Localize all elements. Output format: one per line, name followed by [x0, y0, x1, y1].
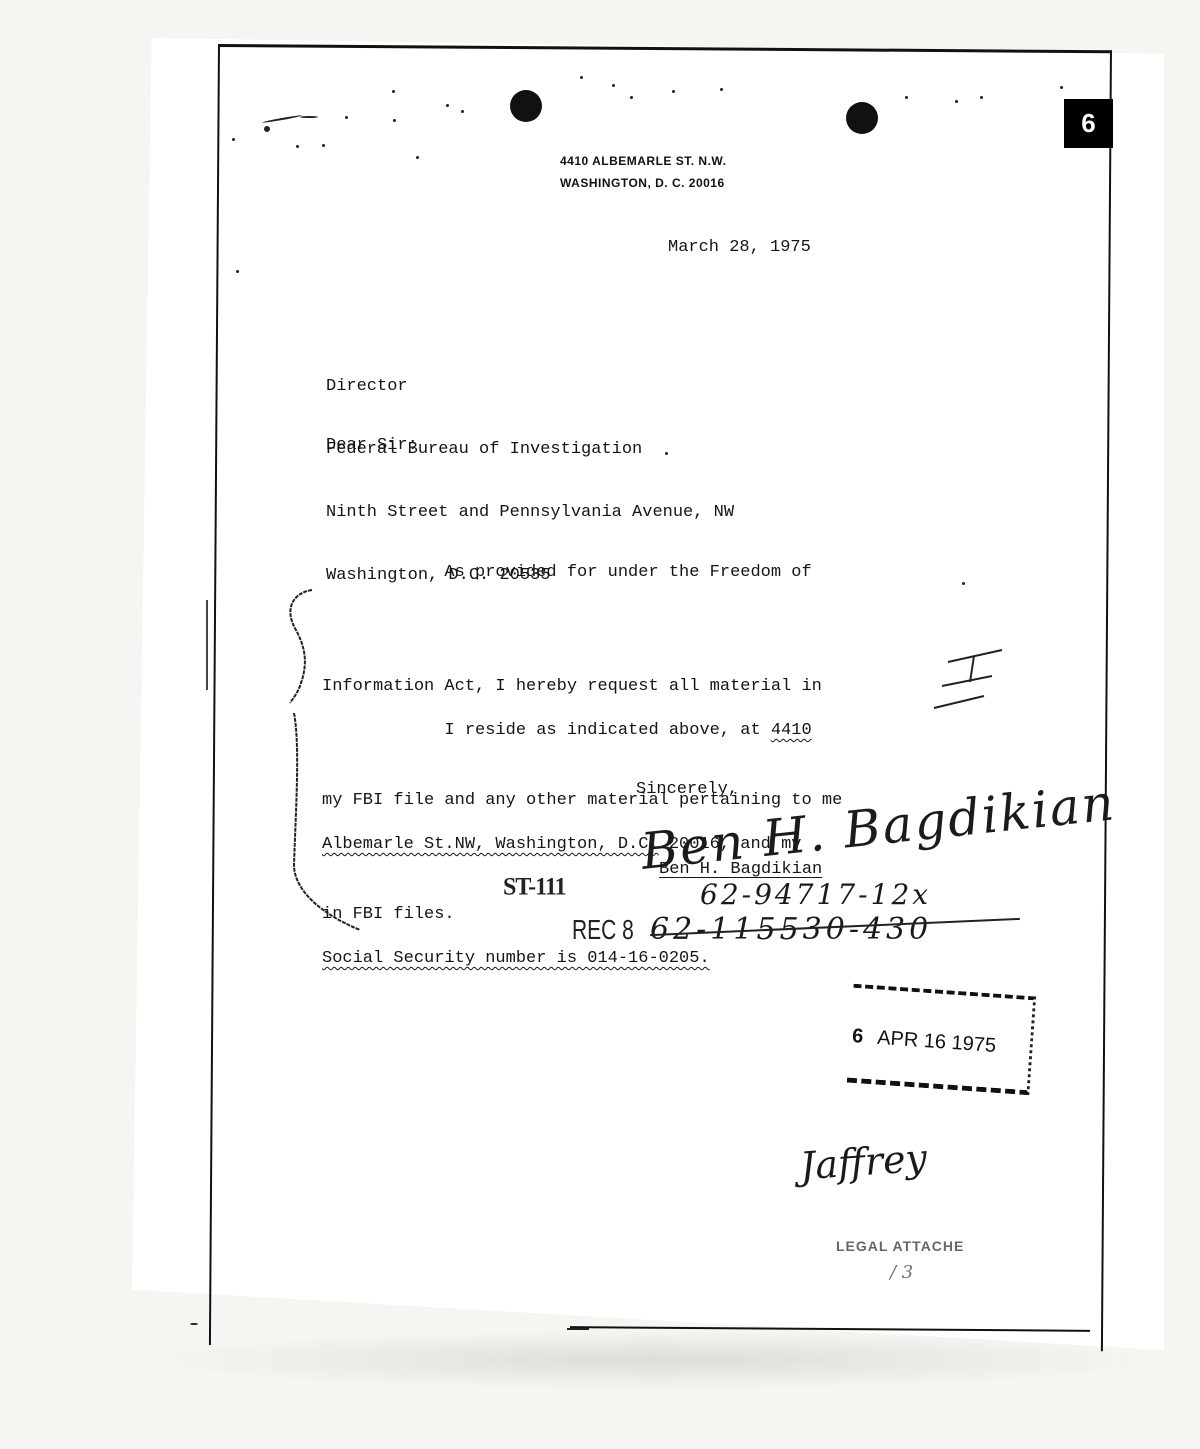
salutation: Dear Sir: [326, 436, 418, 455]
file-number: 62-94717-12x [700, 878, 931, 911]
closing: Sincerely, [636, 780, 738, 799]
legal-stamp-note: / 3 [890, 1262, 913, 1283]
letter-date: March 28, 1975 [668, 238, 811, 257]
body-line: I reside as indicated above, at 4410 [322, 712, 812, 750]
underlined-text: Albemarle St.NW, Washington, D.C. [322, 835, 659, 854]
underlined-text: Social Security number is 014-16-0205. [322, 949, 710, 968]
stamp-number: 6 [851, 1025, 864, 1048]
body-line: As provided for under the Freedom of [322, 554, 842, 592]
handwritten-initials: Jaffrey [799, 1136, 929, 1189]
recipient-line: Director [326, 376, 734, 397]
underlined-text: 4410 [771, 721, 812, 740]
margin-roman-mark [930, 640, 1010, 710]
stamp-st: ST-111 [503, 873, 566, 901]
body-text: I reside as indicated above, at [322, 721, 771, 740]
letterhead-city: WASHINGTON, D. C. 20016 [560, 172, 726, 194]
legal-attache-stamp: LEGAL ATTACHE [836, 1238, 964, 1254]
punch-hole-left [510, 90, 542, 122]
letterhead: 4410 ALBEMARLE ST. N.W. WASHINGTON, D. C… [560, 150, 726, 194]
letterhead-street: 4410 ALBEMARLE ST. N.W. [560, 150, 726, 172]
typed-name: Ben H. Bagdikian [659, 860, 822, 879]
scan-edge-line [206, 600, 208, 690]
stamp-rec: REC 8 [572, 914, 634, 946]
margin-bracket-mark [282, 585, 362, 935]
page-number-badge: 6 [1064, 99, 1113, 148]
punch-hole-right [846, 102, 878, 134]
